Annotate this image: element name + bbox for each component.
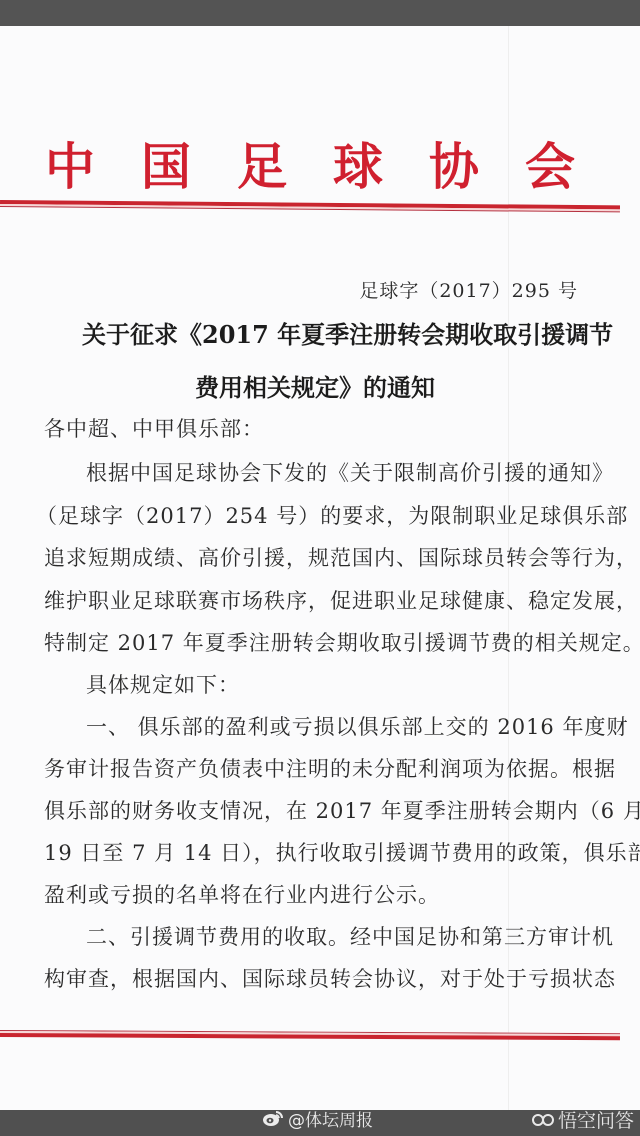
body-line: 具体规定如下： bbox=[86, 669, 636, 699]
document-title-line-2: 费用相关规定》的通知 bbox=[0, 368, 640, 403]
body-line: 19 日至 7 月 14 日），执行收取引援调节费用的政策，俱乐部 bbox=[44, 837, 594, 867]
wukong-logo-icon bbox=[532, 1111, 554, 1127]
weibo-handle: @体坛周报 bbox=[288, 1106, 373, 1131]
document-number: 足球字（2017）295 号 bbox=[359, 276, 578, 303]
letterhead-char: 会 bbox=[520, 127, 580, 199]
body-line: 维护职业足球联赛市场秩序，促进职业足球健康、稳定发展， bbox=[44, 585, 594, 615]
body-line: 追求短期成绩、高价引援，规范国内、国际球员转会等行为， bbox=[44, 542, 594, 572]
letterhead-char: 足 bbox=[232, 127, 292, 199]
body-line: 一、 俱乐部的盈利或亏损以俱乐部上交的 2016 年度财 bbox=[86, 711, 636, 741]
body-line: 务审计报告资产负债表中注明的未分配利润项为依据。根据 bbox=[44, 753, 594, 783]
body-line: 构审查，根据国内、国际球员转会协议，对于处于亏损状态 bbox=[44, 963, 594, 993]
letterhead-char: 国 bbox=[136, 127, 196, 199]
body-line: 根据中国足球协会下发的《关于限制高价引援的通知》 bbox=[86, 457, 636, 487]
letterhead-char: 中 bbox=[40, 127, 100, 199]
body-line: 盈利或亏损的名单将在行业内进行公示。 bbox=[44, 879, 594, 909]
wukong-watermark: 悟空问答 bbox=[532, 1108, 634, 1130]
letterhead-char: 协 bbox=[424, 127, 484, 199]
body-line: 俱乐部的财务收支情况，在 2017 年夏季注册转会期内（6 月 bbox=[44, 795, 594, 825]
body-line: （足球字（2017）254 号）的要求，为限制职业足球俱乐部 bbox=[36, 500, 586, 530]
salutation: 各中超、中甲俱乐部： bbox=[44, 413, 264, 443]
top-frame-bar bbox=[0, 0, 640, 26]
letterhead-char: 球 bbox=[328, 127, 388, 199]
letterhead-organization: 中 国 足 球 协 会 bbox=[40, 128, 580, 198]
document-title-line-1: 关于征求《2017 年夏季注册转会期收取引援调节 bbox=[82, 315, 613, 350]
weibo-watermark: @体坛周报 bbox=[262, 1106, 373, 1130]
body-line: 特制定 2017 年夏季注册转会期收取引援调节费的相关规定。 bbox=[44, 627, 594, 657]
body-line: 二、引援调节费用的收取。经中国足协和第三方审计机 bbox=[86, 921, 636, 951]
wukong-brand: 悟空问答 bbox=[558, 1106, 634, 1133]
weibo-icon bbox=[262, 1109, 284, 1127]
